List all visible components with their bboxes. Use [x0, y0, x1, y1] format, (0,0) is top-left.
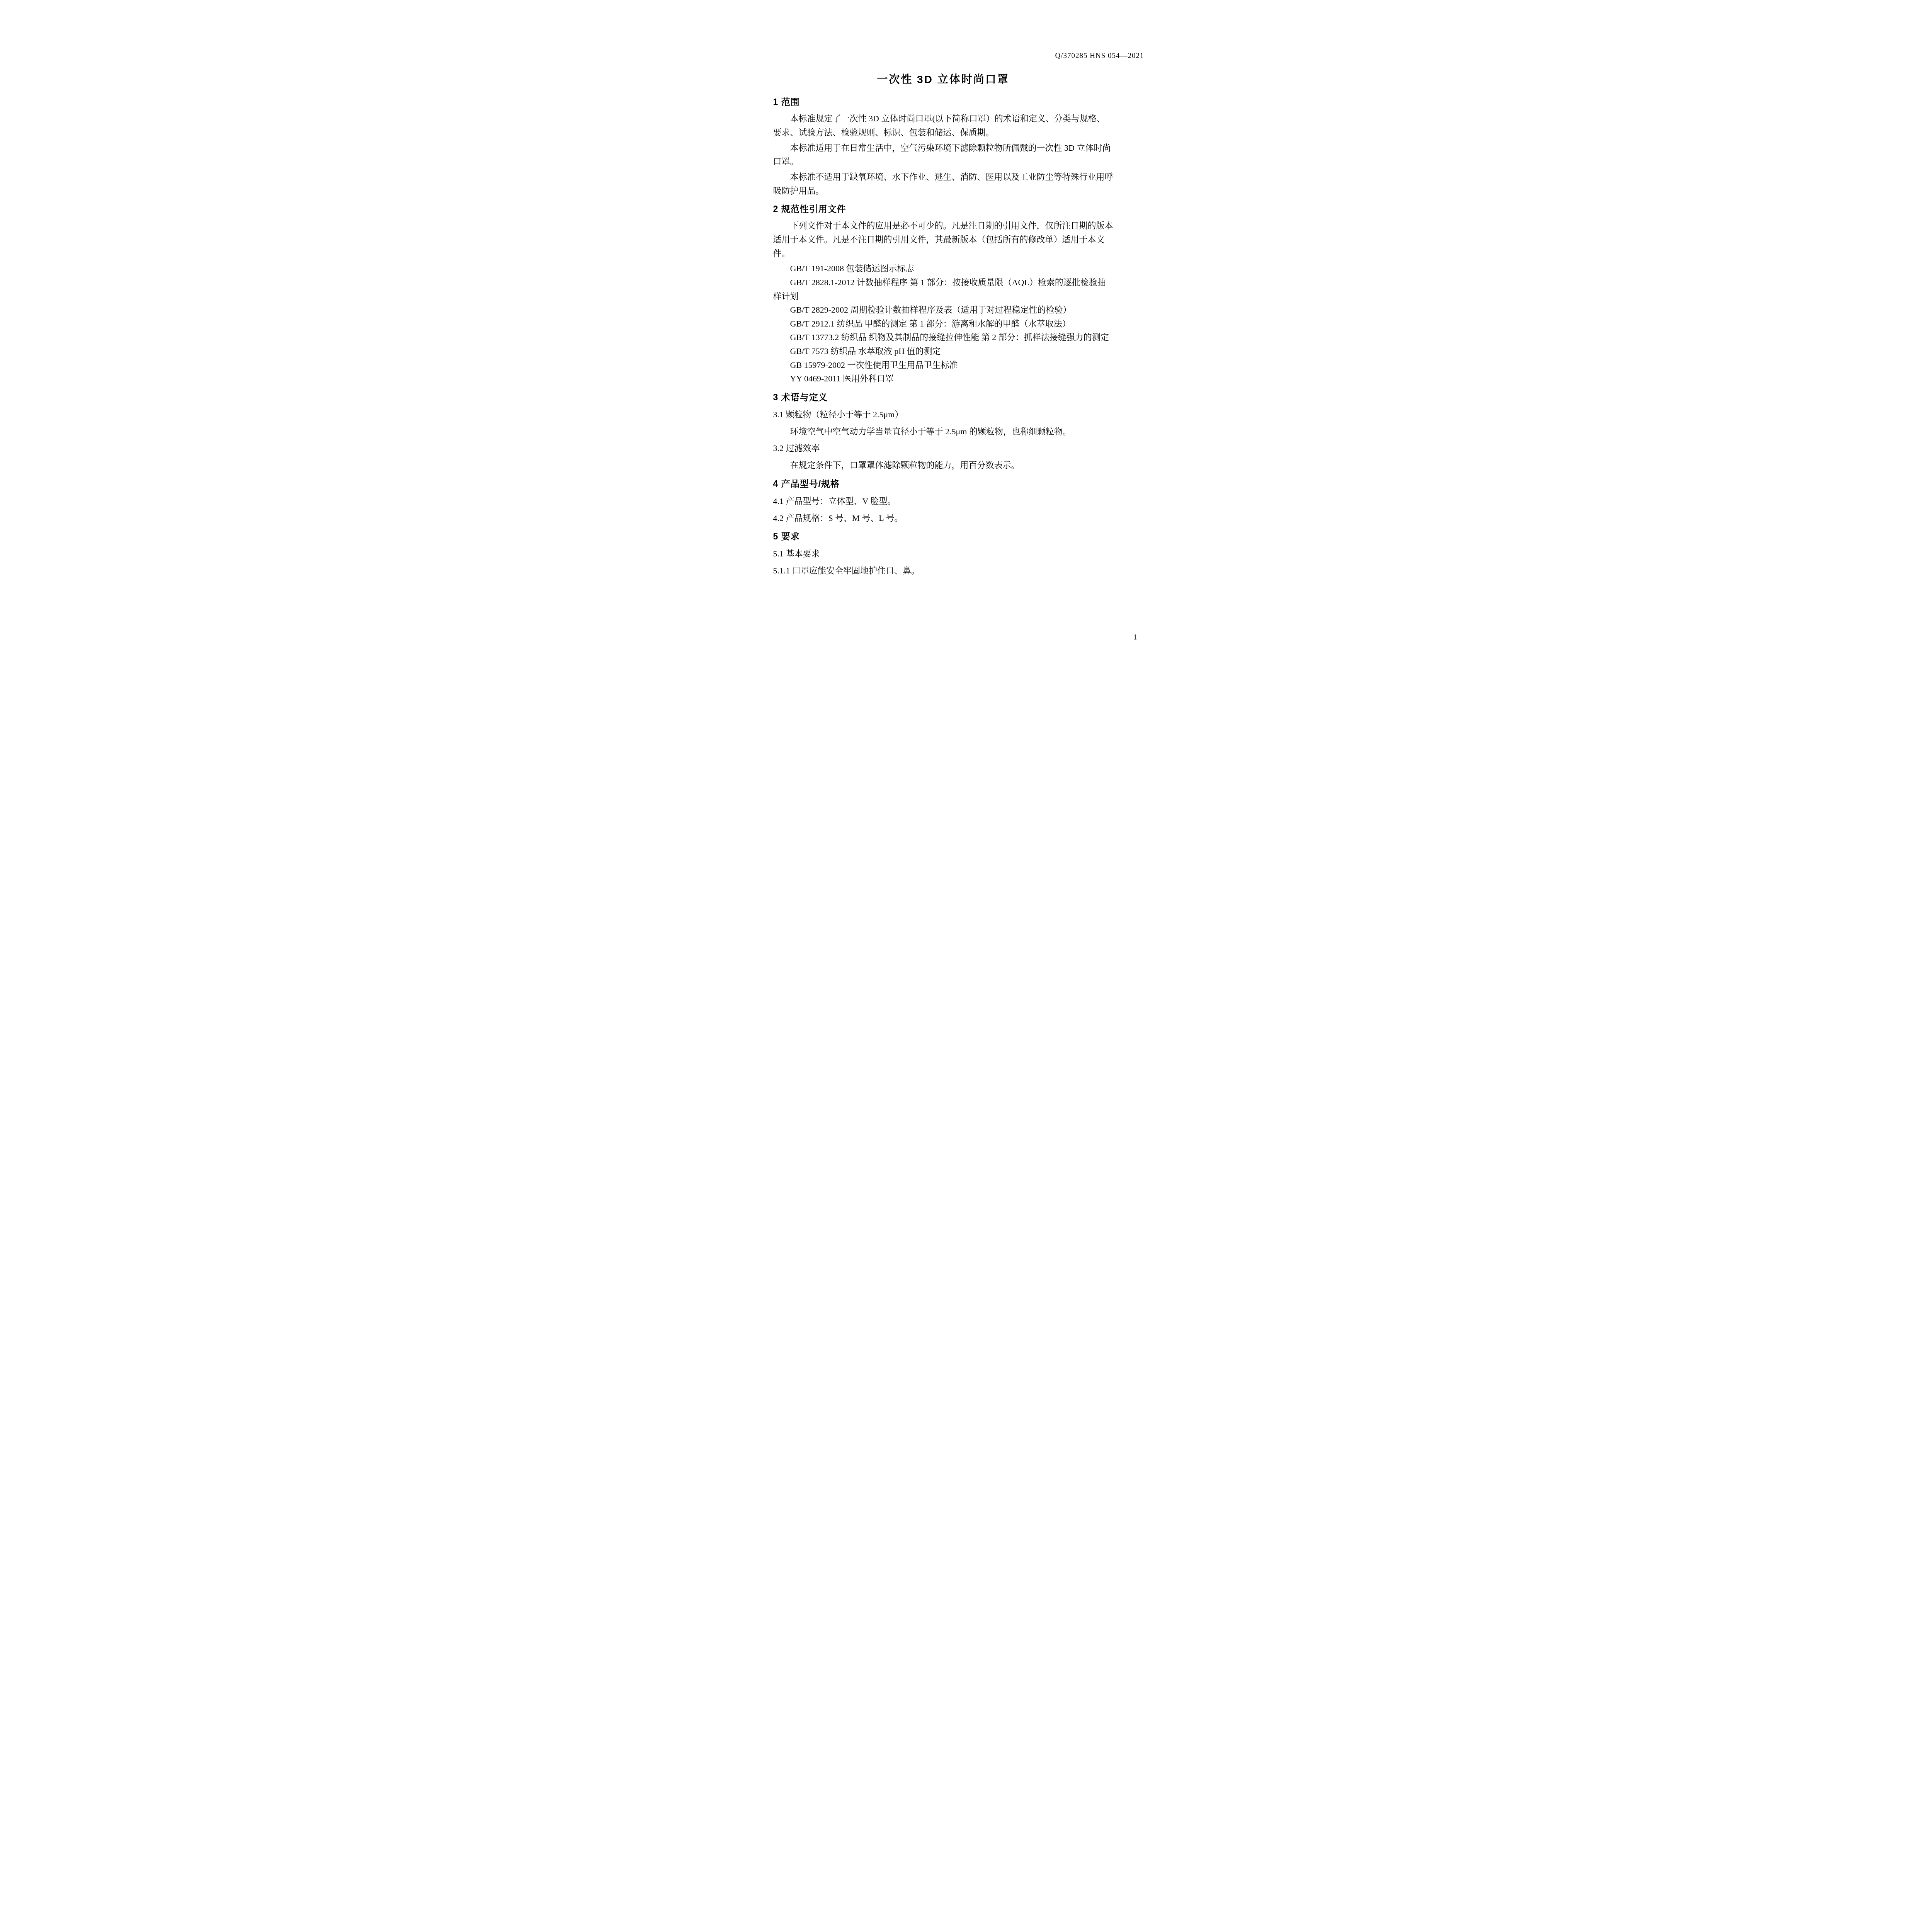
document-body: 1 范围 本标准规定了一次性 3D 立体时尚口罩(以下简称口罩）的术语和定义、分… — [773, 95, 1113, 578]
reference-item: GB 15979-2002 一次性使用卫生用品卫生标准 — [773, 358, 1113, 372]
paragraph: 本标准不适用于缺氧环境、水下作业、逃生、消防、医用以及工业防尘等特殊行业用呼吸防… — [773, 170, 1113, 197]
reference-item: YY 0469-2011 医用外科口罩 — [773, 372, 1113, 386]
reference-item: GB/T 2829-2002 周期检验计数抽样程序及表（适用于对过程稳定性的检验… — [773, 303, 1113, 317]
section-heading-requirements: 5 要求 — [773, 529, 1113, 544]
subsection-line: 5.1 基本要求 — [773, 547, 1113, 561]
reference-item: GB/T 2828.1-2012 计数抽样程序 第 1 部分：按接收质量限（AQ… — [773, 276, 1113, 303]
paragraph: 本标准适用于在日常生活中，空气污染环境下滤除颗粒物所佩戴的一次性 3D 立体时尚… — [773, 141, 1113, 168]
section-heading-terms: 3 术语与定义 — [773, 390, 1113, 405]
subsection-line: 4.2 产品规格：S 号、M 号、L 号。 — [773, 511, 1113, 525]
paragraph: 本标准规定了一次性 3D 立体时尚口罩(以下简称口罩）的术语和定义、分类与规格、… — [773, 112, 1113, 139]
reference-item: GB/T 13773.2 纺织品 织物及其制品的接缝拉伸性能 第 2 部分：抓样… — [773, 330, 1113, 344]
reference-item: GB/T 2912.1 纺织品 甲醛的测定 第 1 部分：游离和水解的甲醛（水萃… — [773, 317, 1113, 331]
subsection-line: 5.1.1 口罩应能安全牢固地护住口、鼻。 — [773, 564, 1113, 578]
subsection-line: 4.1 产品型号：立体型、V 脸型。 — [773, 494, 1113, 508]
section-heading-references: 2 规范性引用文件 — [773, 202, 1113, 216]
paragraph: 在规定条件下，口罩罩体滤除颗粒物的能力，用百分数表示。 — [773, 458, 1113, 472]
section-heading-product-spec: 4 产品型号/规格 — [773, 477, 1113, 491]
paragraph: 环境空气中空气动力学当量直径小于等于 2.5μm 的颗粒物，也称细颗粒物。 — [773, 425, 1113, 439]
section-heading-scope: 1 范围 — [773, 95, 1113, 109]
paragraph: 下列文件对于本文件的应用是必不可少的。凡是注日期的引用文件，仅所注日期的版本适用… — [773, 219, 1113, 260]
reference-item: GB/T 191-2008 包装储运图示标志 — [773, 262, 1113, 276]
doc-number: Q/370285 HNS 054—2021 — [773, 50, 1144, 62]
page-number: 1 — [1133, 632, 1137, 644]
subsection-line: 3.2 过滤效率 — [773, 441, 1113, 455]
document-page: Q/370285 HNS 054—2021 一次性 3D 立体时尚口罩 1 范围… — [719, 0, 1198, 678]
reference-item: GB/T 7573 纺织品 水萃取液 pH 值的测定 — [773, 344, 1113, 358]
page-title: 一次性 3D 立体时尚口罩 — [773, 71, 1113, 88]
subsection-line: 3.1 颗粒物（粒径小于等于 2.5μm） — [773, 408, 1113, 422]
